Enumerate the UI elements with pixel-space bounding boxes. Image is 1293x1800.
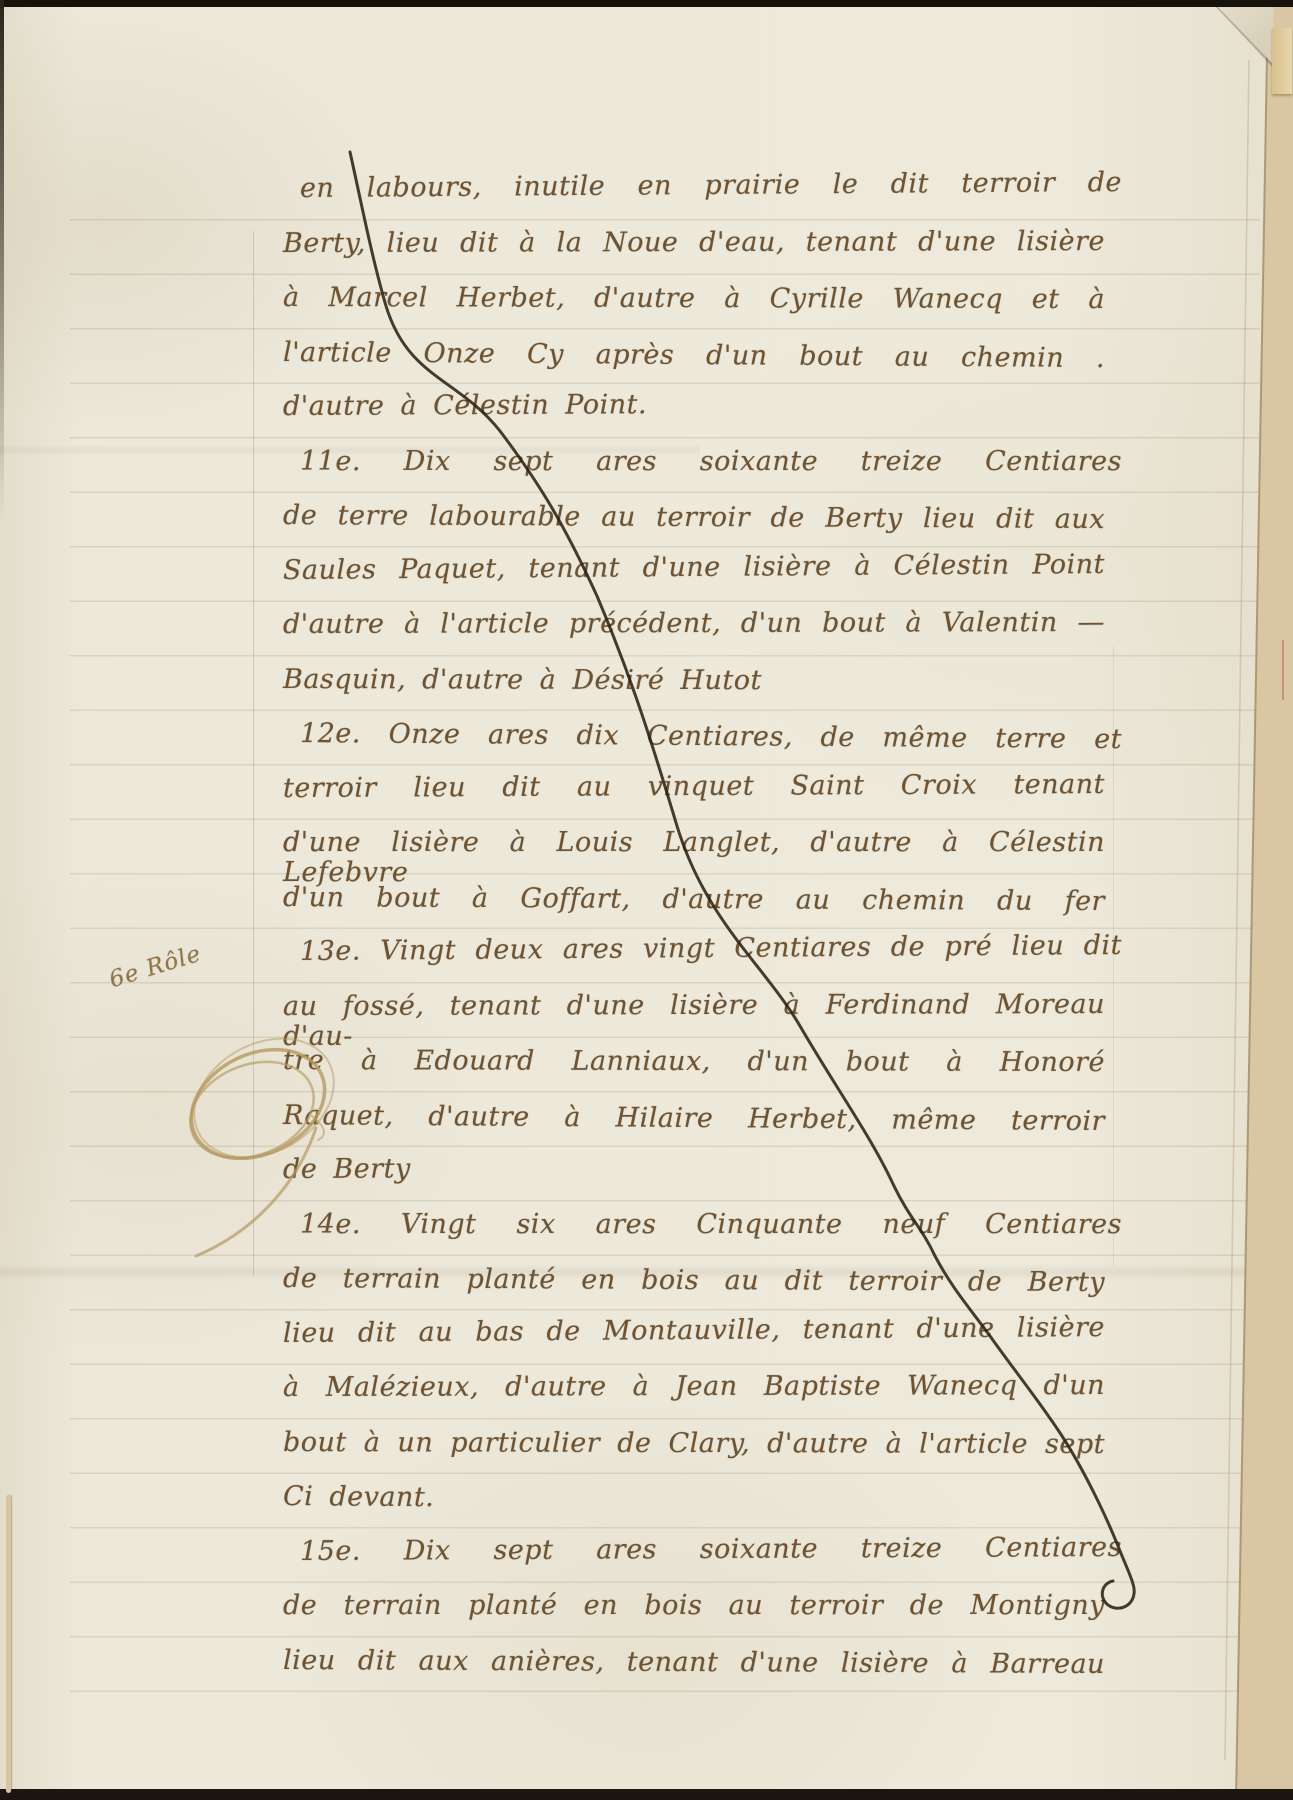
binding-thread — [6, 1495, 11, 1793]
scan-edge-top — [0, 0, 1293, 7]
scan-edge-left — [0, 0, 4, 520]
manuscript-page: en labours, inutile en prairie le dit te… — [0, 6, 1293, 1792]
paper-tab-edge — [1272, 28, 1292, 94]
cancellation-stroke — [0, 6, 1293, 1800]
scan-edge-bottom — [0, 1789, 1293, 1800]
document-scan: en labours, inutile en prairie le dit te… — [0, 0, 1293, 1800]
